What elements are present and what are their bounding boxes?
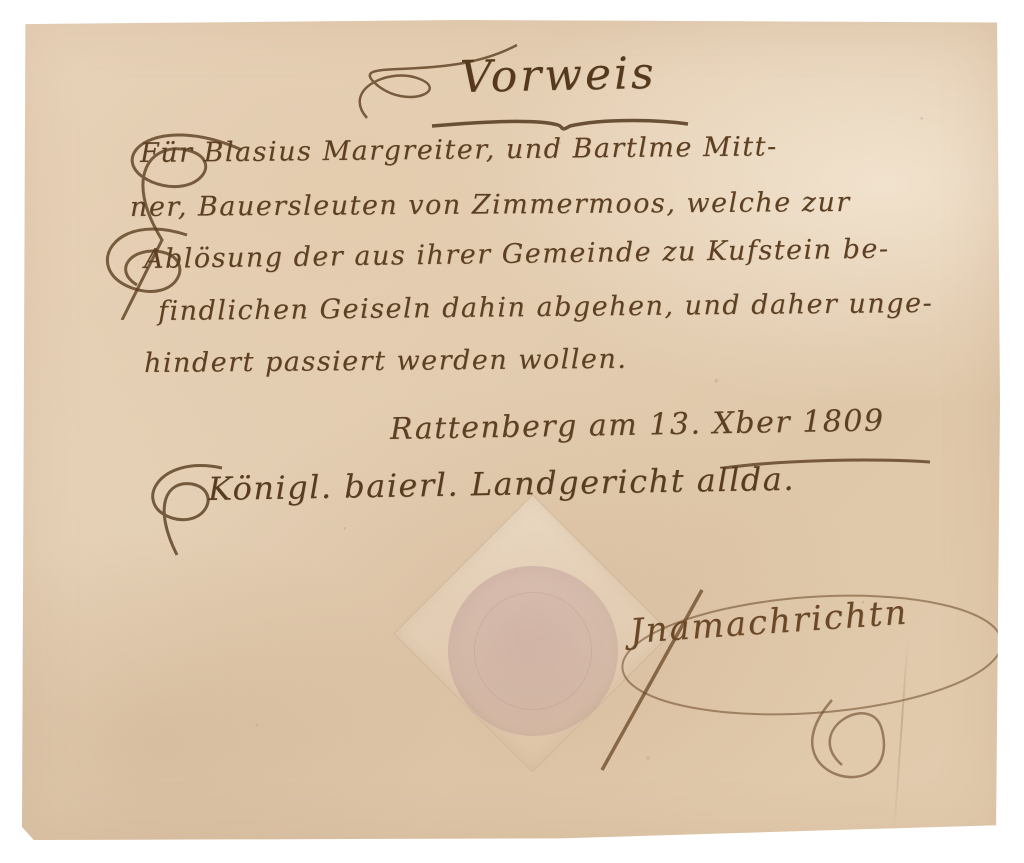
place-date-line: Rattenberg am 13. Xber 1809 [390, 403, 885, 447]
document-title: Vorweis [459, 48, 657, 103]
title-underline-flourish [430, 116, 690, 134]
aged-paper-sheet: Vorweis Für Blasius Margreiter, und Bart… [22, 20, 1000, 840]
body-line-1: Für Blasius Margreiter, und Bartlme Mitt… [140, 131, 778, 169]
date-prefix: am [589, 408, 639, 444]
place-name: Rattenberg [390, 409, 578, 447]
date-value: 13. Xber 1809 [649, 403, 885, 442]
body-line-2: ner, Bauersleuten von Zimmermoos, welche… [130, 187, 851, 223]
scanned-document-photo: { "page": { "background_color": "#ffffff… [0, 0, 1024, 863]
body-line-5: hindert passiert werden wollen. [144, 344, 628, 379]
authority-line: Königl. baierl. Landgericht allda. [208, 460, 796, 508]
body-line-4: findlichen Geiseln dahin abgehen, und da… [158, 288, 933, 327]
